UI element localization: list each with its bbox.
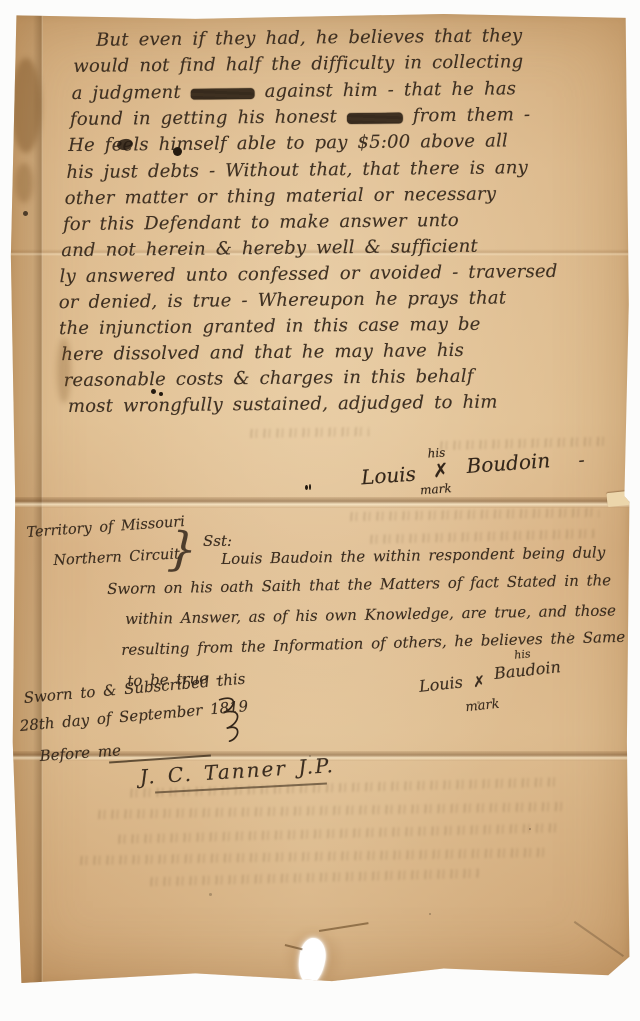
paper-freckle xyxy=(529,828,531,830)
jurat-district: Northern Circuit xyxy=(53,546,180,569)
answer-line: would not find half the difficulty in co… xyxy=(73,51,523,77)
signature-his-label: his xyxy=(427,445,446,460)
jurat-line: Louis Baudoin the within respondent bein… xyxy=(221,543,605,568)
answer-line: or denied, is true - Whereupon he prays … xyxy=(59,287,507,313)
officer-signature: J. C. Tanner J.P. xyxy=(139,753,335,789)
answer-line-fragment: a judgment xyxy=(72,82,181,104)
answer-line-fragment: against him - that he has xyxy=(265,78,517,102)
paper-crack xyxy=(319,922,369,931)
signature-surname: Boudoin xyxy=(466,448,551,478)
attestation-block: Sworn to & Subscribed this 28th day of S… xyxy=(17,685,417,805)
answer-line: reasonable costs & charges in this behal… xyxy=(64,366,474,391)
struck-out-word xyxy=(347,113,403,125)
answer-line: ly answered unto confessed or avoided - … xyxy=(59,261,557,287)
signature-surname: Baudoin xyxy=(493,657,562,683)
answer-line: the injunction granted in this case may … xyxy=(59,314,481,339)
jurat-line: within Answer, as of his own Knowledge, … xyxy=(125,601,616,628)
hole-white-core xyxy=(296,936,329,986)
bleedthrough-line xyxy=(79,848,544,865)
ink-mark xyxy=(309,484,311,490)
answer-line: his just debts - Without that, that ther… xyxy=(66,157,528,183)
signature-given-name: Louis xyxy=(418,672,464,695)
fold-crease-middle xyxy=(9,497,630,508)
bleedthrough-line xyxy=(117,823,557,844)
answer-line-fragment: found in getting his honest xyxy=(70,106,337,130)
jurat-signature: his Louis ✗ Baudoin mark xyxy=(416,639,612,723)
answer-text-block: But even if they had, he believes that t… xyxy=(9,7,630,14)
corner-fold-line xyxy=(574,921,624,957)
paper-freckle xyxy=(429,913,431,915)
jurat-territory: Territory of Missouri xyxy=(26,514,185,541)
answer-line: and not herein & hereby well & sufficien… xyxy=(61,236,478,261)
answer-line: He feels himself able to pay $5:00 above… xyxy=(68,130,508,156)
answer-line: most wrongfully sustained, adjudged to h… xyxy=(68,392,498,417)
signature-given-name: Louis xyxy=(360,462,416,490)
signature-mark-label: mark xyxy=(420,481,452,497)
edge-stain xyxy=(15,163,33,203)
respondent-signature: Louis his ✗ mark Boudoin - xyxy=(359,435,602,510)
manuscript-page: But even if they had, he believes that t… xyxy=(9,13,630,985)
bleedthrough-line xyxy=(249,427,369,438)
left-fold-strip xyxy=(9,13,43,985)
edge-stain xyxy=(11,58,41,153)
answer-line: other matter or thing material or necess… xyxy=(65,184,497,210)
jurat-ss-abbrev: Sst: xyxy=(203,532,232,550)
bleedthrough-line xyxy=(369,529,594,544)
signature-trailing-dash: - xyxy=(578,450,586,471)
paraph-flourish xyxy=(213,692,249,746)
answer-line: But even if they had, he believes that t… xyxy=(96,25,522,50)
struck-out-word xyxy=(191,88,255,100)
jurat-brace: } xyxy=(166,521,198,576)
answer-line-fragment: from them - xyxy=(413,104,531,126)
before-me-label: Before me xyxy=(39,741,121,765)
paper-freckle xyxy=(209,893,212,896)
paper-hole xyxy=(283,918,353,993)
his-mark-x: ✗ xyxy=(432,459,449,482)
signature-mark-label: mark xyxy=(465,697,501,715)
bleedthrough-line xyxy=(149,869,479,887)
answer-line: a judgment against him - that he has xyxy=(72,78,517,104)
answer-line: here dissolved and that he may have his xyxy=(61,340,464,365)
bleedthrough-line xyxy=(349,508,599,521)
ink-mark xyxy=(305,485,308,490)
hole-halo xyxy=(283,926,345,988)
paper-crack xyxy=(285,944,303,950)
answer-line: for this Defendant to make answer unto xyxy=(63,210,459,235)
answer-line: found in getting his honest from them - xyxy=(70,104,531,130)
his-mark-x: ✗ xyxy=(472,672,486,691)
ink-blot xyxy=(23,211,28,216)
edge-tear xyxy=(606,491,629,507)
scan-background: { "document_type": "handwritten-manuscri… xyxy=(0,0,640,1021)
